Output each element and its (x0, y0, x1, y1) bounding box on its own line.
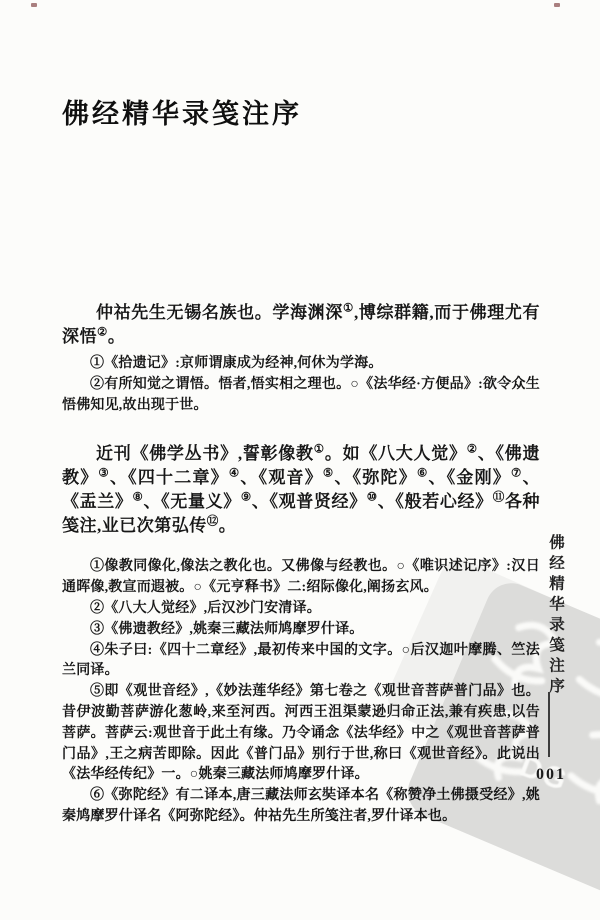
body-paragraph: 仲祜先生无锡名族也。学海渊深①,博综群籍,而于佛理尤有深悟②。 (62, 301, 540, 349)
book-page: DG 佛经精华录笺注序 仲祜先生无锡名族也。学海渊深①,博综群籍,而于佛理尤有深… (0, 0, 600, 920)
running-side-title: 佛经精华录笺注序 (544, 534, 566, 698)
body-paragraph: 近刊《佛学丛书》,誓彰像教①。如《八大人觉》②、《佛遗教》③、《四十二章》④、《… (62, 442, 540, 538)
annotation-paragraph: ①像教同像化,像法之教化也。又佛像与经教也。○《唯识述记序》:汉日通晖像,教宣而… (62, 557, 540, 599)
side-rule-divider (548, 692, 550, 757)
annotation-paragraph: ⑥《弥陀经》有二译本,唐三藏法师玄奘译本名《称赞净土佛摄受经》,姚秦鸠摩罗什译名… (62, 786, 540, 828)
annotation-paragraph: ①《拾遗记》:京师谓康成为经神,何休为学海。 (62, 354, 540, 375)
annotation-paragraph: ②有所知觉之谓悟。悟者,悟实相之理也。○《法华经·方便品》:欲令众生悟佛知见,故… (62, 375, 540, 417)
annotation-paragraph: ③《佛遗教经》,姚秦三藏法师鸠摩罗什译。 (62, 620, 540, 641)
text-blocks: 仲祜先生无锡名族也。学海渊深①,博综群籍,而于佛理尤有深悟②。①《拾遗记》:京师… (62, 301, 540, 828)
annotation-paragraph: ②《八大人觉经》,后汉沙门安清译。 (62, 599, 540, 620)
annotation-paragraph: ④朱子曰:《四十二章经》,最初传来中国的文字。○后汉迦叶摩腾、竺法兰同译。 (62, 641, 540, 683)
annotation-paragraph: ⑤即《观世音经》,《妙法莲华经》第七卷之《观世音菩萨普门品》也。昔伊波勤菩萨游化… (62, 682, 540, 786)
page-title: 佛经精华录笺注序 (62, 97, 540, 131)
text-column: 佛经精华录笺注序 仲祜先生无锡名族也。学海渊深①,博综群籍,而于佛理尤有深悟②。… (62, 0, 540, 828)
page-number: 001 (536, 766, 566, 784)
